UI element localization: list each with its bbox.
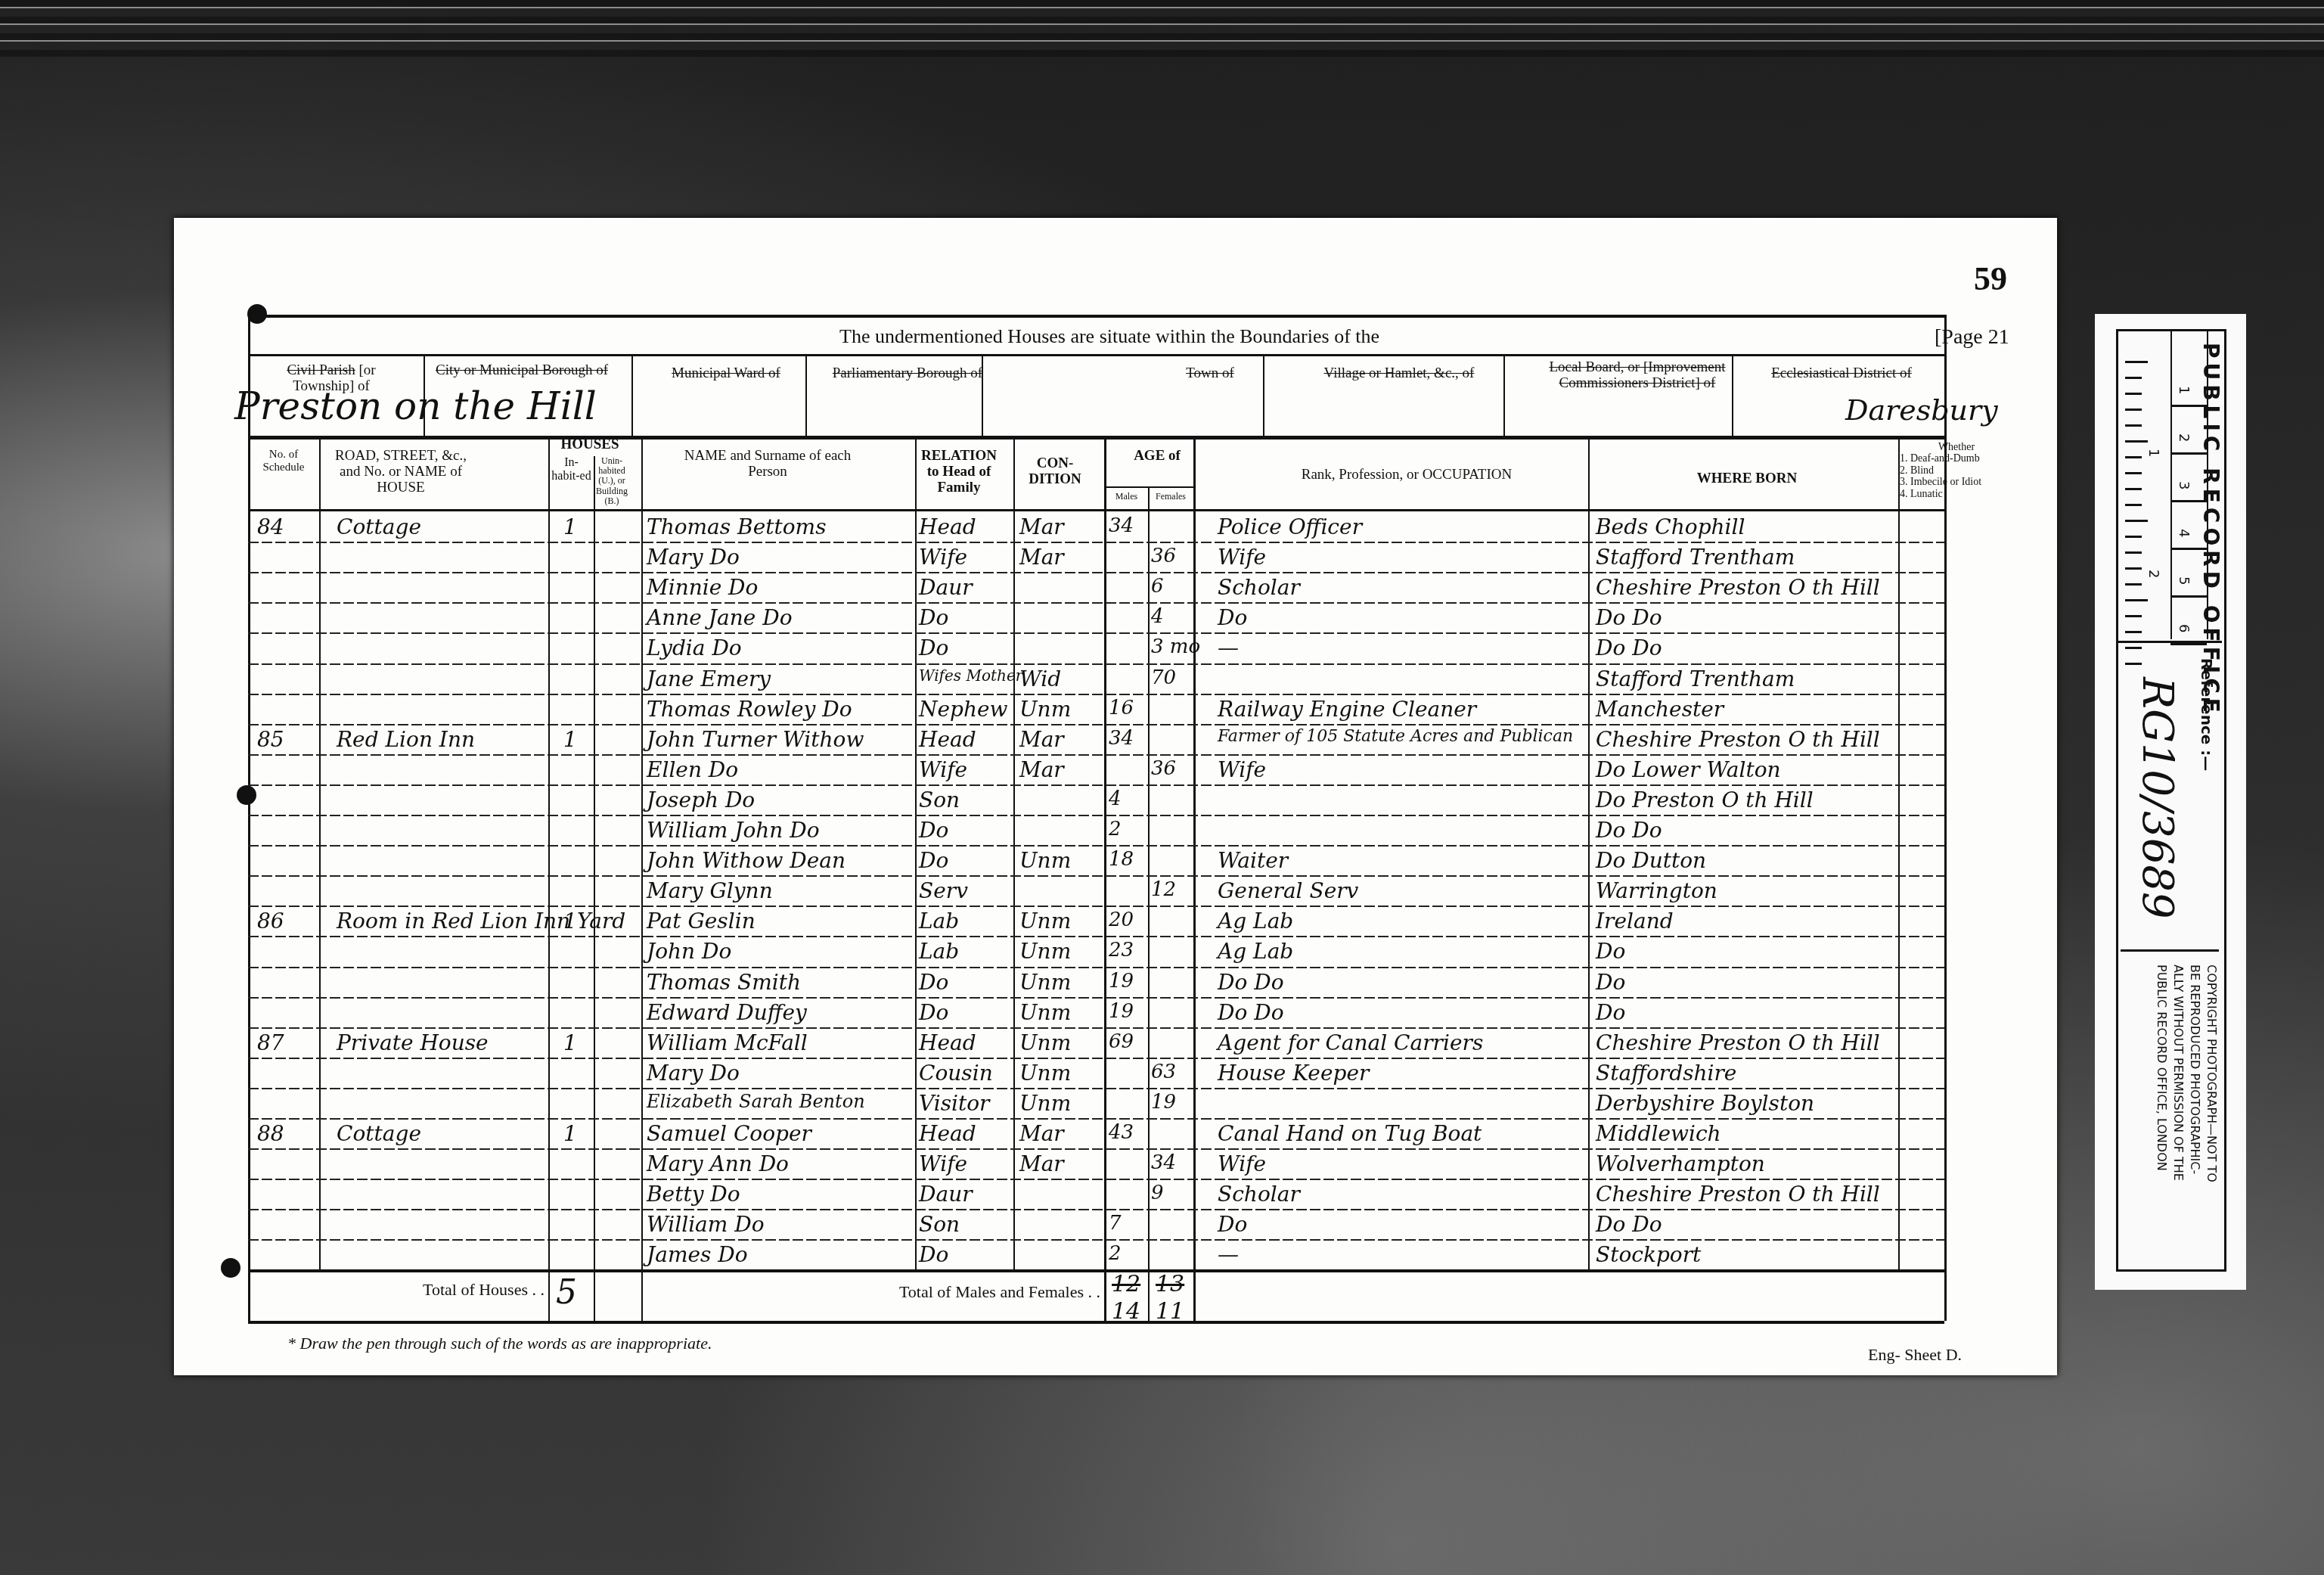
- divider: [1148, 486, 1150, 1321]
- row-female-age: 36: [1151, 757, 1176, 780]
- row-rule: [248, 1209, 1944, 1210]
- row-male-age: 18: [1109, 848, 1134, 871]
- divider: [1732, 354, 1733, 436]
- row-inhabited: 1: [563, 514, 577, 539]
- ruler-cm-divider: [2170, 500, 2207, 502]
- row-where-born: Cheshire Preston O th Hill: [1596, 575, 1880, 600]
- row-where-born: Staffordshire: [1596, 1061, 1736, 1086]
- divider: [1503, 354, 1505, 436]
- row-inhabited: 1: [563, 1121, 577, 1146]
- ruler-bottom-rule: [2116, 641, 2222, 643]
- row-condition: Mar: [1019, 757, 1064, 782]
- row-occupation: General Serv: [1218, 878, 1358, 903]
- rule: [248, 1269, 1944, 1272]
- divider: [548, 436, 550, 1321]
- row-condition: Unm: [1019, 848, 1071, 873]
- row-schedule: 84: [257, 514, 284, 539]
- row-relation: Son: [919, 1212, 960, 1237]
- row-male-age: 19: [1109, 1000, 1134, 1023]
- row-condition: Wid: [1019, 666, 1061, 691]
- ruler-cm-label: 3: [2176, 481, 2192, 489]
- row-where-born: Do Dutton: [1596, 848, 1706, 873]
- row-male-age: 4: [1109, 787, 1122, 810]
- row-where-born: Middlewich: [1596, 1121, 1721, 1146]
- row-person-name: Minnie Do: [647, 575, 758, 600]
- total-females-struck: 13: [1156, 1271, 1184, 1297]
- whether-item: 2. Blind: [1900, 465, 2013, 477]
- row-schedule: 85: [257, 727, 284, 752]
- row-where-born: Stockport: [1596, 1242, 1701, 1267]
- row-rule: [248, 1179, 1944, 1180]
- row-inhabited: 1: [563, 727, 577, 752]
- ruler-cm-divider: [2170, 405, 2207, 407]
- district-municipal-borough: City or Municipal Borough of: [431, 363, 613, 379]
- row-rule: [248, 1088, 1944, 1089]
- row-male-age: 7: [1109, 1212, 1122, 1235]
- page-number: 59: [1974, 259, 2007, 298]
- row-person-name: Thomas Bettoms: [647, 514, 827, 539]
- footnote: * Draw the pen through such of the words…: [287, 1334, 712, 1353]
- row-female-age: 34: [1151, 1151, 1176, 1174]
- binding-hole: [237, 785, 256, 805]
- row-condition: Unm: [1019, 1061, 1071, 1086]
- row-occupation: Scholar: [1218, 1182, 1300, 1207]
- row-female-age: 12: [1151, 878, 1176, 901]
- row-occupation: Do: [1218, 1212, 1247, 1237]
- row-condition: Unm: [1019, 909, 1071, 934]
- row-rule: [248, 542, 1944, 543]
- row-male-age: 43: [1109, 1121, 1134, 1144]
- row-condition: Unm: [1019, 1000, 1071, 1025]
- row-where-born: Cheshire Preston O th Hill: [1596, 1030, 1880, 1055]
- row-person-name: Joseph Do: [647, 787, 755, 812]
- row-rule: [248, 845, 1944, 847]
- row-where-born: Derbyshire Boylston: [1596, 1091, 1814, 1116]
- row-where-born: Do: [1596, 970, 1625, 995]
- district-municipal-ward: Municipal Ward of: [635, 366, 817, 382]
- row-schedule: 87: [257, 1030, 284, 1055]
- col-age: AGE of: [1123, 449, 1191, 464]
- row-relation: Wifes Mother: [919, 666, 1022, 685]
- col-road: ROAD, STREET, &c., and No. or NAME of HO…: [325, 449, 476, 496]
- row-where-born: Wolverhampton: [1596, 1151, 1765, 1176]
- row-condition: Mar: [1019, 1151, 1064, 1176]
- census-sheet: 59 The undermentioned Houses are situate…: [174, 218, 2057, 1375]
- row-person-name: William John Do: [647, 818, 820, 843]
- divider: [982, 354, 983, 436]
- divider: [915, 436, 917, 1272]
- row-occupation: —: [1218, 635, 1239, 660]
- row-rule: [248, 632, 1944, 634]
- district-parliamentary-borough: Parliamentary Borough of: [817, 366, 998, 382]
- divider: [594, 456, 595, 1321]
- divider: [1588, 436, 1590, 1272]
- row-condition: Unm: [1019, 1091, 1071, 1116]
- ruler-tick: [2125, 663, 2142, 665]
- row-relation: Do: [919, 970, 948, 995]
- row-condition: Unm: [1019, 697, 1071, 722]
- total-houses-value: 5: [556, 1273, 577, 1312]
- row-rule: [248, 784, 1944, 786]
- binding-hole: [247, 304, 267, 324]
- row-relation: Do: [919, 605, 948, 630]
- row-male-age: 19: [1109, 970, 1134, 993]
- whether-item: 4. Lunatic: [1900, 489, 2013, 500]
- row-relation: Do: [919, 635, 948, 660]
- row-rule: [248, 936, 1944, 937]
- row-person-name: William McFall: [647, 1030, 808, 1055]
- row-rule: [248, 754, 1944, 756]
- row-person-name: Pat Geslin: [647, 909, 756, 934]
- row-rule: [248, 906, 1944, 907]
- row-relation: Lab: [919, 939, 959, 964]
- row-where-born: Do Do: [1596, 818, 1662, 843]
- row-where-born: Stafford Trentham: [1596, 545, 1795, 570]
- row-person-name: Edward Duffey: [647, 1000, 807, 1025]
- row-relation: Daur: [919, 575, 973, 600]
- row-rule: [248, 1058, 1944, 1059]
- row-relation: Son: [919, 787, 960, 812]
- ruler-cm-divider: [2170, 452, 2207, 455]
- reference-label: Reference :—: [2198, 658, 2216, 771]
- row-female-age: 9: [1151, 1182, 1164, 1204]
- copyright-notice: COPYRIGHT PHOTOGRAPH—NOT TO BE REPRODUCE…: [2153, 965, 2220, 1182]
- row-relation: Do: [919, 1000, 948, 1025]
- row-rule: [248, 663, 1944, 665]
- ruler-tick: [2125, 377, 2142, 379]
- rule: [248, 509, 1944, 511]
- district-ecclesiastical-value: Daresbury: [1845, 393, 1998, 427]
- ruler-tick: [2125, 440, 2148, 443]
- row-relation: Head: [919, 727, 976, 752]
- col-schedule: No. of Schedule: [250, 449, 318, 474]
- row-where-born: Do Do: [1596, 1212, 1662, 1237]
- ruler-cm-label: 4: [2176, 529, 2192, 537]
- col-houses: HOUSES: [552, 437, 628, 453]
- row-male-age: 34: [1109, 514, 1134, 537]
- row-person-name: Thomas Smith: [647, 970, 801, 995]
- ruler-tick: [2125, 567, 2142, 570]
- divider: [1898, 436, 1900, 1272]
- col-relation: RELATION to Head of Family: [914, 449, 1004, 496]
- row-rule: [248, 572, 1944, 573]
- row-rule: [248, 694, 1944, 695]
- row-occupation: Do Do: [1218, 970, 1284, 995]
- ruler-tick: [2125, 409, 2142, 411]
- row-male-age: 16: [1109, 697, 1134, 719]
- ruler-cm-divider: [2170, 548, 2207, 550]
- row-house-name: Cottage: [337, 514, 421, 539]
- ruler-cm-divider: [2170, 595, 2207, 598]
- col-condition: CON-DITION: [1021, 456, 1089, 488]
- ruler-divider: [2170, 329, 2172, 639]
- row-relation: Wife: [919, 545, 967, 570]
- ruler-tick: [2125, 424, 2142, 427]
- row-rule: [248, 724, 1944, 725]
- row-relation: Daur: [919, 1182, 973, 1207]
- row-where-born: Stafford Trentham: [1596, 666, 1795, 691]
- col-whether: Whether 1. Deaf-and-Dumb 2. Blind 3. Imb…: [1900, 442, 2013, 500]
- total-females: 11: [1156, 1298, 1184, 1325]
- ruler-divider: [2207, 329, 2208, 639]
- district-town: Town of: [1157, 366, 1263, 382]
- row-rule: [248, 1148, 1944, 1150]
- row-female-age: 19: [1151, 1091, 1176, 1114]
- row-occupation: Ag Lab: [1218, 939, 1293, 964]
- row-male-age: 20: [1109, 909, 1134, 931]
- row-rule: [248, 1118, 1944, 1120]
- row-relation: Wife: [919, 1151, 967, 1176]
- copyright-line: COPYRIGHT PHOTOGRAPH—NOT TO: [2203, 965, 2220, 1182]
- row-rule: [248, 997, 1944, 999]
- row-relation: Serv: [919, 878, 968, 903]
- row-relation: Do: [919, 818, 948, 843]
- sheet-label: Eng- Sheet D.: [1868, 1345, 1962, 1365]
- col-males: Males: [1106, 492, 1147, 502]
- col-name: NAME and Surname of each Person: [673, 449, 862, 480]
- row-person-name: Lydia Do: [647, 635, 742, 660]
- total-males: 14: [1112, 1298, 1140, 1325]
- row-where-born: Manchester: [1596, 697, 1724, 722]
- row-female-age: 70: [1151, 666, 1176, 689]
- row-where-born: Do: [1596, 1000, 1625, 1025]
- row-relation: Cousin: [919, 1061, 993, 1086]
- copyright-line: PUBLIC RECORD OFFICE, LONDON: [2153, 965, 2170, 1182]
- row-male-age: 34: [1109, 727, 1134, 750]
- row-where-born: Do: [1596, 939, 1625, 964]
- row-male-age: 2: [1109, 818, 1122, 840]
- row-condition: Unm: [1019, 970, 1071, 995]
- ruler-tick: [2125, 504, 2142, 506]
- row-where-born: Cheshire Preston O th Hill: [1596, 727, 1880, 752]
- row-inhabited: 1: [563, 1030, 577, 1055]
- row-relation: Head: [919, 1121, 976, 1146]
- row-relation: Do: [919, 848, 948, 873]
- row-relation: Lab: [919, 909, 959, 934]
- ruler-tick: [2125, 472, 2142, 474]
- row-occupation: Wife: [1218, 1151, 1266, 1176]
- row-person-name: Thomas Rowley Do: [647, 697, 852, 722]
- district-village: Village or Hamlet, &c., of: [1301, 366, 1497, 382]
- row-female-age: 36: [1151, 545, 1176, 567]
- row-schedule: 88: [257, 1121, 284, 1146]
- row-where-born: Cheshire Preston O th Hill: [1596, 1182, 1880, 1207]
- divider: [319, 436, 321, 1272]
- total-persons-label: Total of Males and Females . .: [839, 1283, 1100, 1301]
- row-female-age: 63: [1151, 1061, 1176, 1083]
- ruler-tick: [2125, 647, 2142, 649]
- ruler-tick: [2125, 456, 2142, 458]
- reference-value: RG10/3689: [2133, 677, 2182, 919]
- ruler-inch-label: 1: [2146, 449, 2161, 457]
- total-males-struck: 12: [1112, 1271, 1140, 1297]
- row-relation: Nephew: [919, 697, 1008, 722]
- row-person-name: John Do: [647, 939, 731, 964]
- ruler-cm-divider: [2170, 643, 2207, 645]
- ruler-tick: [2125, 536, 2142, 538]
- row-person-name: Mary Ann Do: [647, 1151, 789, 1176]
- row-person-name: Betty Do: [647, 1182, 740, 1207]
- ruler-tick: [2125, 615, 2142, 617]
- row-condition: Mar: [1019, 727, 1064, 752]
- row-schedule: 86: [257, 909, 284, 934]
- row-occupation: Canal Hand on Tug Boat: [1218, 1121, 1482, 1146]
- row-where-born: Do Do: [1596, 605, 1662, 630]
- ruler-tick: [2125, 361, 2148, 363]
- row-relation: Do: [919, 1242, 948, 1267]
- ruler-tick: [2125, 599, 2148, 601]
- row-rule: [248, 815, 1944, 816]
- divider: [1104, 436, 1106, 1321]
- rule: [248, 1321, 1944, 1324]
- row-inhabited: 1: [563, 909, 577, 934]
- ruler-cm-label: 2: [2176, 433, 2192, 442]
- ruler-tick: [2125, 488, 2142, 490]
- row-condition: Mar: [1019, 514, 1064, 539]
- rule: [248, 315, 1944, 318]
- whether-title: Whether: [1900, 442, 2013, 453]
- row-relation: Wife: [919, 757, 967, 782]
- scan-noise: [0, 0, 2324, 57]
- row-occupation: Farmer of 105 Statute Acres and Publican: [1218, 727, 1573, 746]
- col-where-born: WHERE BORN: [1588, 471, 1906, 487]
- col-occupation: Rank, Profession, or OCCUPATION: [1218, 468, 1596, 483]
- col-females: Females: [1148, 492, 1193, 502]
- ruler-tick: [2125, 393, 2142, 395]
- row-male-age: 2: [1109, 1242, 1122, 1265]
- row-occupation: Wife: [1218, 545, 1266, 570]
- rule: [2121, 949, 2219, 952]
- row-relation: Head: [919, 514, 976, 539]
- binding-hole: [221, 1258, 240, 1278]
- row-occupation: Police Officer: [1218, 514, 1362, 539]
- row-occupation: Do Do: [1218, 1000, 1284, 1025]
- district-ecclesiastical: Ecclesiastical District of: [1747, 366, 1936, 382]
- ruler-tick: [2125, 583, 2142, 586]
- row-rule: [248, 967, 1944, 968]
- divider: [1193, 436, 1196, 1321]
- row-rule: [248, 602, 1944, 604]
- row-person-name: Anne Jane Do: [647, 605, 793, 630]
- row-person-name: Samuel Cooper: [647, 1121, 811, 1146]
- ruler-cm-label: 6: [2176, 624, 2192, 632]
- row-person-name: William Do: [647, 1212, 765, 1237]
- row-male-age: 23: [1109, 939, 1134, 961]
- row-condition: Unm: [1019, 1030, 1071, 1055]
- col-uninhabited: Unin-habited (U.), or Building (B.): [593, 456, 631, 506]
- divider: [1263, 354, 1264, 436]
- row-house-name: Private House: [337, 1030, 489, 1055]
- row-rule: [248, 1239, 1944, 1241]
- whether-item: 3. Imbecile or Idiot: [1900, 477, 2013, 488]
- row-rule: [248, 875, 1944, 877]
- row-where-born: Do Lower Walton: [1596, 757, 1781, 782]
- ruler-tick: [2125, 520, 2148, 522]
- copyright-line: ALLY WITHOUT PERMISSION OF THE: [2170, 965, 2186, 1182]
- row-where-born: Ireland: [1596, 909, 1674, 934]
- row-condition: Mar: [1019, 545, 1064, 570]
- copyright-line: BE REPRODUCED PHOTOGRAPHIC-: [2186, 965, 2203, 1182]
- rule: [248, 436, 1944, 440]
- row-person-name: Elizabeth Sarah Benton: [647, 1091, 865, 1112]
- row-person-name: John Turner Withow: [647, 727, 864, 752]
- row-relation: Visitor: [919, 1091, 990, 1116]
- col-inhabited: In-habit-ed: [551, 456, 592, 483]
- row-occupation: —: [1218, 1242, 1239, 1267]
- row-where-born: Beds Chophill: [1596, 514, 1745, 539]
- row-occupation: House Keeper: [1218, 1061, 1369, 1086]
- divider: [424, 354, 425, 436]
- divider: [805, 354, 807, 436]
- row-person-name: Mary Glynn: [647, 878, 773, 903]
- divider: [631, 354, 633, 436]
- row-house-name: Cottage: [337, 1121, 421, 1146]
- ruler-cm-label: 5: [2176, 576, 2192, 585]
- ruler-cm-label: 1: [2176, 386, 2192, 394]
- divider: [641, 436, 643, 1321]
- divider: [1013, 436, 1015, 1272]
- row-condition: Mar: [1019, 1121, 1064, 1146]
- whether-item: 1. Deaf-and-Dumb: [1900, 453, 2013, 464]
- row-occupation: Waiter: [1218, 848, 1288, 873]
- row-occupation: Wife: [1218, 757, 1266, 782]
- ruler-tick: [2125, 631, 2142, 633]
- row-occupation: Ag Lab: [1218, 909, 1293, 934]
- row-female-age: 6: [1151, 575, 1164, 598]
- row-occupation: Do: [1218, 605, 1247, 630]
- row-condition: Unm: [1019, 939, 1071, 964]
- row-house-name: Room in Red Lion Inn Yard: [337, 909, 625, 934]
- row-occupation: Railway Engine Cleaner: [1218, 697, 1476, 722]
- ruler-tick: [2125, 551, 2142, 554]
- row-female-age: 4: [1151, 605, 1164, 628]
- row-person-name: James Do: [647, 1242, 748, 1267]
- row-occupation: Agent for Canal Carriers: [1218, 1030, 1483, 1055]
- row-person-name: Mary Do: [647, 545, 740, 570]
- row-person-name: Mary Do: [647, 1061, 740, 1086]
- row-relation: Head: [919, 1030, 976, 1055]
- row-male-age: 69: [1109, 1030, 1134, 1053]
- total-houses-label: Total of Houses . .: [363, 1281, 545, 1299]
- row-person-name: John Withow Dean: [647, 848, 846, 873]
- district-local-board: Local Board, or [Improvement Commissione…: [1543, 360, 1732, 392]
- rule: [1104, 486, 1195, 488]
- row-where-born: Warrington: [1596, 878, 1717, 903]
- row-person-name: Ellen Do: [647, 757, 738, 782]
- row-where-born: Do Do: [1596, 635, 1662, 660]
- record-office-strip: PUBLIC RECORD OFFICE 12345612 Reference …: [2095, 314, 2246, 1290]
- row-rule: [248, 1027, 1944, 1029]
- district-civil-parish-value: Preston on the Hill: [234, 384, 597, 428]
- row-house-name: Red Lion Inn: [337, 727, 475, 752]
- row-female-age: 3 mo: [1151, 635, 1200, 658]
- row-person-name: Jane Emery: [647, 666, 771, 691]
- ruler-inch-label: 2: [2146, 570, 2161, 578]
- row-occupation: Scholar: [1218, 575, 1300, 600]
- row-where-born: Do Preston O th Hill: [1596, 787, 1814, 812]
- rule: [248, 354, 1944, 356]
